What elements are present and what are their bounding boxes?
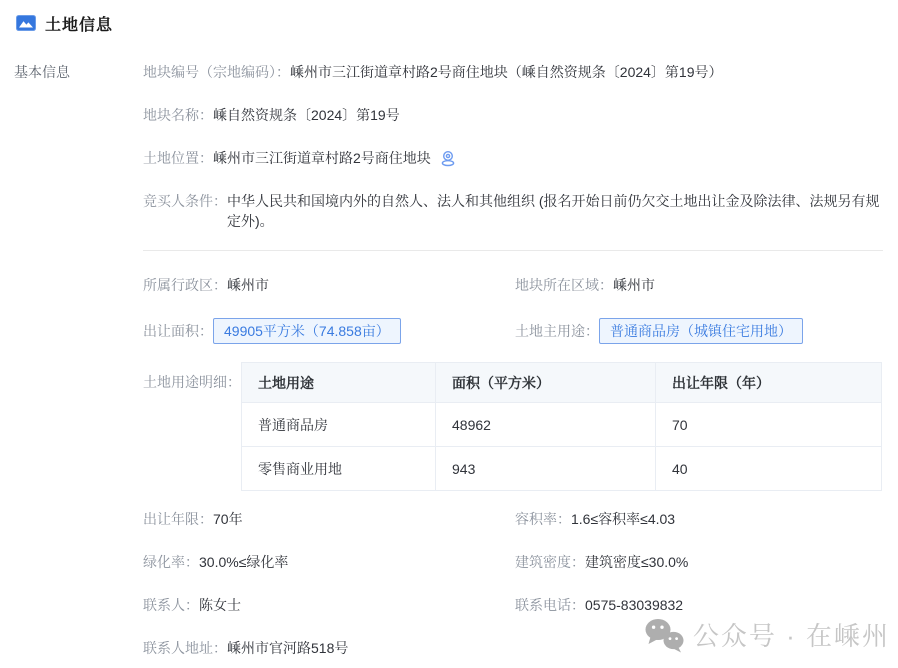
section-label-basic-info: 基本信息 (0, 62, 143, 658)
field-value: 嵊州市 (613, 275, 655, 295)
field-row-regions: 所属行政区： 嵊州市 地块所在区域： 嵊州市 (143, 275, 883, 295)
field-value: 建筑密度≤30.0% (585, 552, 688, 572)
field-value: 嵊州市三江街道章村路2号商住地块 (213, 148, 457, 168)
field-label: 绿化率： (143, 552, 199, 572)
field-transfer-years: 出让年限： 70年 (143, 509, 515, 529)
field-row-plot-number: 地块编号（宗地编码）： 嵊州市三江街道章村路2号商住地块（嵊自然资规条〔2024… (143, 62, 883, 82)
table-row: 零售商业用地 943 40 (242, 447, 882, 491)
land-info-page: 土地信息 基本信息 地块编号（宗地编码）： 嵊州市三江街道章村路2号商住地块（嵊… (0, 0, 898, 668)
field-label: 土地用途明细： (143, 372, 241, 392)
field-value: 嵊自然资规条〔2024〕第19号 (213, 105, 400, 125)
content-panel: 地块编号（宗地编码）： 嵊州市三江街道章村路2号商住地块（嵊自然资规条〔2024… (143, 62, 883, 658)
field-contact-phone: 联系电话： 0575-83039832 (515, 595, 883, 615)
cell-land-use: 零售商业用地 (242, 447, 436, 491)
field-row-use-detail: 土地用途明细： 土地用途 面积（平方米） 出让年限（年） 普通商品房 489 (143, 362, 883, 491)
field-transfer-area: 出让面积： 49905平方米（74.858亩） (143, 318, 515, 344)
page-header: 土地信息 (0, 0, 898, 34)
field-row-green-density: 绿化率： 30.0%≤绿化率 建筑密度： 建筑密度≤30.0% (143, 552, 883, 572)
field-value: 1.6≤容积率≤4.03 (571, 509, 675, 529)
field-value: 嵊州市 (227, 275, 269, 295)
field-label: 建筑密度： (515, 552, 585, 572)
field-label: 地块编号（宗地编码）： (143, 62, 290, 82)
table-header-area: 面积（平方米） (436, 363, 656, 403)
field-row-years-ratio: 出让年限： 70年 容积率： 1.6≤容积率≤4.03 (143, 509, 883, 529)
watermark-text: 公众号 · 在嵊州 (693, 616, 890, 653)
field-row-plot-name: 地块名称： 嵊自然资规条〔2024〕第19号 (143, 105, 883, 125)
field-label: 土地位置： (143, 148, 213, 168)
field-label: 出让面积： (143, 321, 213, 341)
location-pin-icon[interactable] (439, 149, 457, 167)
field-label: 地块名称： (143, 105, 213, 125)
land-use-detail-table: 土地用途 面积（平方米） 出让年限（年） 普通商品房 48962 70 零售商业… (241, 362, 882, 491)
field-green-rate: 绿化率： 30.0%≤绿化率 (143, 552, 515, 572)
field-label: 联系人地址： (143, 638, 227, 658)
field-building-density: 建筑密度： 建筑密度≤30.0% (515, 552, 883, 572)
cell-years: 40 (656, 447, 882, 491)
field-value: 30.0%≤绿化率 (199, 552, 288, 572)
field-value: 陈女士 (199, 595, 241, 615)
field-admin-region: 所属行政区： 嵊州市 (143, 275, 515, 295)
field-row-bidder-condition: 竞买人条件： 中华人民共和国境内外的自然人、法人和其他组织 (报名开始日前仍欠交… (143, 191, 883, 231)
field-row-land-location: 土地位置： 嵊州市三江街道章村路2号商住地块 (143, 148, 883, 168)
table-header-land-use: 土地用途 (242, 363, 436, 403)
field-label: 出让年限： (143, 509, 213, 529)
cell-years: 70 (656, 403, 882, 447)
field-label: 容积率： (515, 509, 571, 529)
main-use-tag: 普通商品房（城镇住宅用地） (599, 318, 803, 344)
wechat-icon (644, 617, 684, 653)
cell-area: 48962 (436, 403, 656, 447)
field-plot-region: 地块所在区域： 嵊州市 (515, 275, 883, 295)
field-main-use: 土地主用途： 普通商品房（城镇住宅用地） (515, 318, 883, 344)
field-label: 所属行政区： (143, 275, 227, 295)
field-value: 中华人民共和国境内外的自然人、法人和其他组织 (报名开始日前仍欠交土地出让金及除… (227, 191, 883, 231)
section-divider (143, 250, 883, 251)
field-plot-ratio: 容积率： 1.6≤容积率≤4.03 (515, 509, 883, 529)
field-value: 0575-83039832 (585, 595, 683, 615)
table-row: 普通商品房 48962 70 (242, 403, 882, 447)
cell-land-use: 普通商品房 (242, 403, 436, 447)
field-row-area-use: 出让面积： 49905平方米（74.858亩） 土地主用途： 普通商品房（城镇住… (143, 318, 883, 344)
field-label: 竞买人条件： (143, 191, 227, 231)
cell-area: 943 (436, 447, 656, 491)
land-image-icon (16, 15, 36, 31)
field-value: 70年 (213, 509, 243, 529)
field-label: 地块所在区域： (515, 275, 613, 295)
table-header-years: 出让年限（年） (656, 363, 882, 403)
transfer-area-tag: 49905平方米（74.858亩） (213, 318, 401, 344)
watermark: 公众号 · 在嵊州 (644, 616, 890, 653)
field-label: 联系电话： (515, 595, 585, 615)
field-value: 嵊州市官河路518号 (227, 638, 348, 658)
field-label: 联系人： (143, 595, 199, 615)
main-area: 基本信息 地块编号（宗地编码）： 嵊州市三江街道章村路2号商住地块（嵊自然资规条… (0, 62, 898, 658)
field-value: 嵊州市三江街道章村路2号商住地块（嵊自然资规条〔2024〕第19号） (290, 62, 723, 82)
field-row-contact: 联系人： 陈女士 联系电话： 0575-83039832 (143, 595, 883, 615)
table-header-row: 土地用途 面积（平方米） 出让年限（年） (242, 363, 882, 403)
page-title: 土地信息 (45, 12, 113, 35)
field-contact-person: 联系人： 陈女士 (143, 595, 515, 615)
field-label: 土地主用途： (515, 321, 599, 341)
